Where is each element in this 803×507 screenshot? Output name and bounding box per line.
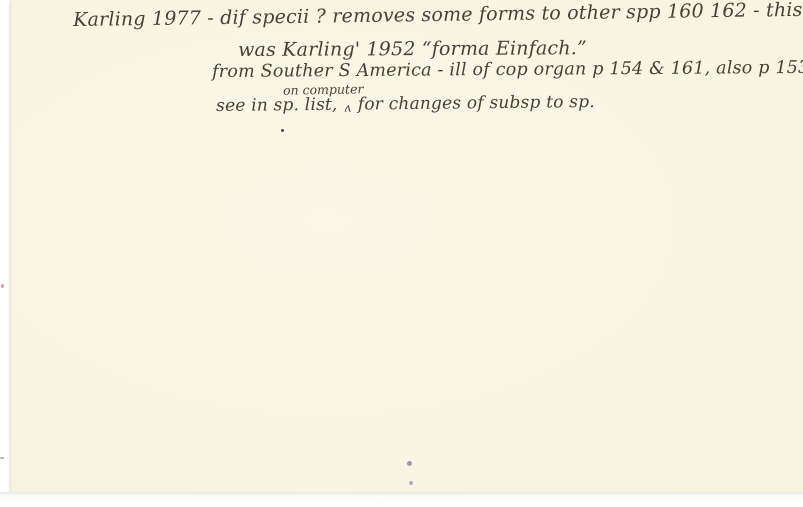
ink-speck [281, 129, 284, 132]
handwritten-line-1: Karling 1977 - dif specii ? removes some… [73, 0, 803, 31]
insertion-caret-mark: ʌ [344, 101, 351, 115]
line-4-text-after-caret: for changes of subsp to sp. [358, 92, 595, 114]
card-bottom-shadow [0, 492, 803, 507]
scan-edge-speck [1, 284, 4, 288]
handwritten-line-2: was Karling' 1952 “forma Einfach.” [238, 37, 587, 61]
handwritten-line-4: see in sp. list, ʌ for changes of subsp … [216, 92, 595, 116]
scanner-background: Karling 1977 - dif specii ? removes some… [0, 0, 803, 507]
handwritten-line-3: from Souther S America - ill of cop orga… [212, 58, 803, 82]
scan-edge-speck [0, 457, 4, 459]
ink-speck [409, 481, 413, 485]
index-card: Karling 1977 - dif specii ? removes some… [10, 0, 803, 492]
line-4-text-before-caret: see in sp. list, [216, 95, 338, 116]
ink-speck [407, 461, 412, 466]
